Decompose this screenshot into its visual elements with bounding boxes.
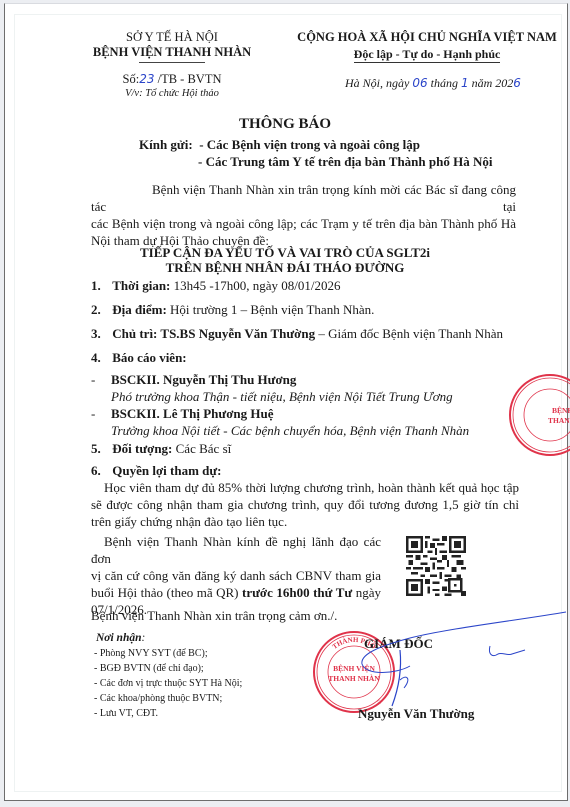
recipient-copy-item: - Các khoa/phòng thuộc BVTN; [94, 692, 222, 706]
issuer-block: SỞ Y TẾ HÀ NỘI BỆNH VIỆN THANH NHÀN Số:2… [72, 30, 272, 100]
speaker-2: -BSCKII. Lê Thị Phương Huệ Trưởng khoa N… [91, 405, 469, 439]
document-title: THÔNG BÁO [0, 116, 570, 133]
org-parent: SỞ Y TẾ HÀ NỘI [72, 30, 272, 45]
recipient-copy-item: - Các đơn vị trực thuộc SYT Hà Nội; [94, 677, 242, 691]
date-year-digit: 6 [513, 76, 521, 90]
recipients-to: Kính gửi: - Các Bệnh viện trong và ngoài… [139, 136, 492, 170]
doc-number: Số:23 /TB - BVTN [72, 72, 272, 87]
item-benefits: 6. Quyền lợi tham dự: [91, 462, 222, 479]
seminar-topic: TIẾP CẬN ĐA YẾU TỐ VÀ VAI TRÒ CỦA SGLT2i… [0, 245, 570, 275]
org-name: BỆNH VIỆN THANH NHÀN [72, 45, 272, 60]
registration-qr-code[interactable] [405, 536, 467, 596]
benefits-paragraph: Học viên tham dự đủ 85% thời lượng chươn… [91, 479, 519, 530]
registration-paragraph: Bệnh viện Thanh Nhàn kính đề nghị lãnh đ… [91, 533, 381, 618]
national-header: CỘNG HOÀ XÃ HỘI CHỦ NGHĨA VIỆT NAM Độc l… [282, 30, 570, 63]
date-month: 1 [461, 76, 469, 90]
item-chair: 3. Chủ trì: TS.BS Nguyễn Văn Thường – Gi… [91, 325, 503, 342]
recipients-copy-title: Nơi nhận: [96, 632, 145, 644]
item-audience: 5. Đối tượng: Các Bác sĩ [91, 440, 231, 457]
handwritten-signature [340, 610, 570, 710]
intro-paragraph: Bệnh viện Thanh Nhàn xin trân trọng kính… [91, 181, 516, 249]
margin-stamp: BỆNH VIỆN THANH NHÀN [508, 373, 570, 457]
date-day: 06 [412, 76, 427, 90]
country-name: CỘNG HOÀ XÃ HỘI CHỦ NGHĨA VIỆT NAM [282, 30, 570, 45]
svg-text:BỆNH VIỆN: BỆNH VIỆN [552, 406, 570, 415]
item-time: 1. Thời gian: 13h45 -17h00, ngày 08/01/2… [91, 277, 340, 294]
item-venue: 2. Địa điểm: Hội trường 1 – Bệnh viện Th… [91, 301, 374, 318]
national-motto: Độc lập - Tự do - Hạnh phúc [354, 47, 501, 63]
header-rule [139, 62, 205, 63]
closing-thanks: Bệnh viện Thanh Nhàn xin trân trọng cảm … [91, 608, 337, 624]
recipient-copy-item: - Lưu VT, CĐT. [94, 707, 158, 721]
svg-text:THANH NHÀN: THANH NHÀN [548, 415, 570, 425]
document-date: Hà Nội, ngày 06 tháng 1 năm 2026 [345, 76, 521, 91]
doc-subject: V/v: Tổ chức Hội thảo [72, 87, 272, 100]
recipient-copy-item: - BGĐ BVTN (để chỉ đạo); [94, 662, 204, 676]
speaker-1: -BSCKII. Nguyễn Thị Thu Hương Phó trưởng… [91, 371, 453, 405]
recipient-copy-item: - Phòng NVY SYT (để BC); [94, 647, 208, 661]
item-speakers: 4. Báo cáo viên: [91, 349, 187, 366]
doc-number-handwritten: 23 [139, 72, 154, 86]
